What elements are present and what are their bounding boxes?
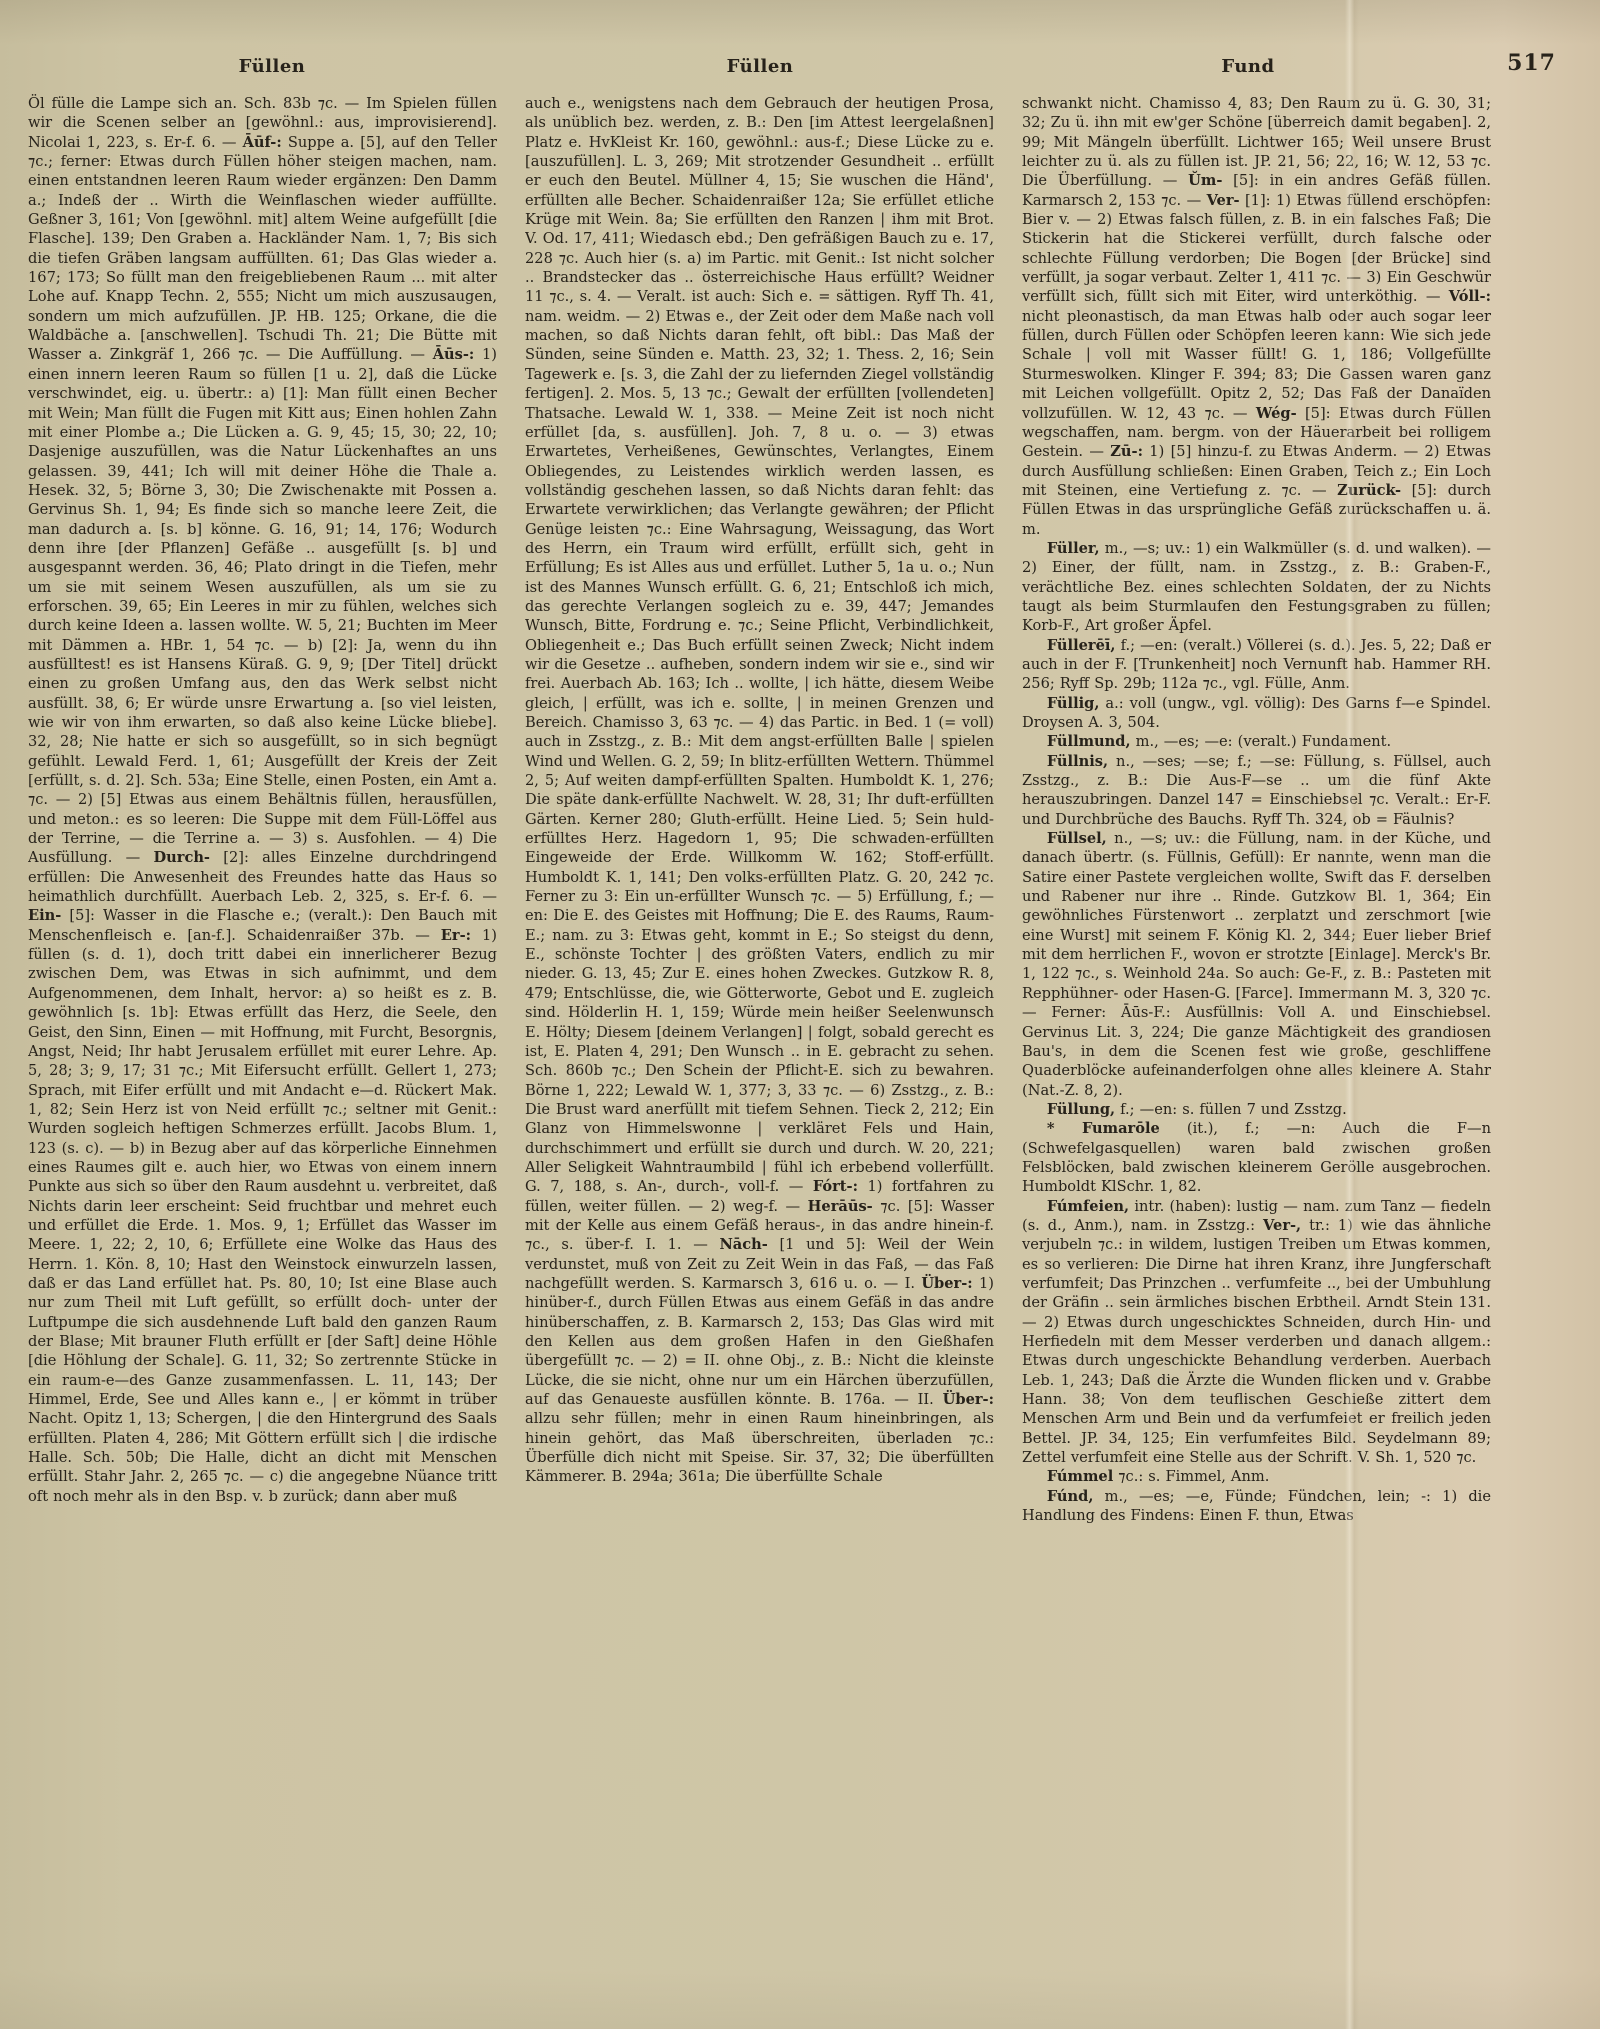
headword: * Fumarōle [1047,1120,1160,1137]
entry-text: auch e., wenigstens nach dem Gebrauch de… [525,95,994,1195]
headword: Zurück- [1337,482,1401,499]
entry-text: [5]: Wasser in die Flasche e.; (veralt.)… [28,907,497,943]
running-head-left: Füllen [28,56,516,77]
dictionary-paragraph: Füllmund, m., —es; —e: (veralt.) Fundame… [1022,732,1491,751]
headword: Fórt-: [813,1178,858,1195]
headword: Ein- [28,907,61,924]
headword: Āūs-: [433,346,475,363]
headword: Füllerēī, [1047,637,1116,654]
headword: Ver-, [1263,1217,1301,1234]
dictionary-paragraph: auch e., wenigstens nach dem Gebrauch de… [525,94,994,1487]
dictionary-paragraph: Fúnd, m., —es; —e, Fünde; Fündchen, lein… [1022,1487,1491,1526]
headword: Füller, [1047,540,1100,557]
headword: Fúmmel [1047,1468,1113,1485]
dictionary-paragraph: Füllerēī, f.; —en: (veralt.) Völlerei (s… [1022,636,1491,694]
headword: Ŭm- [1188,172,1222,189]
entry-text: tr.: 1) wie das ähnliche verjubeln ⁊c.: … [1022,1217,1491,1466]
headword: Nāch- [719,1236,767,1253]
dictionary-paragraph: Öl fülle die Lampe sich an. Sch. 83b ⁊c.… [28,94,497,1506]
entry-text: Suppe a. [5], auf den Teller ⁊c.; ferner… [28,134,497,364]
text-block: Öl fülle die Lampe sich an. Sch. 83b ⁊c.… [28,94,1492,1896]
headword: Fúnd, [1047,1488,1094,1505]
page-number: 517 [1507,50,1556,76]
headword: Füllung, [1047,1101,1115,1118]
dictionary-paragraph: Füller, m., —s; uv.: 1) ein Walkmüller (… [1022,539,1491,636]
headword: Herāūs- [808,1198,873,1215]
dictionary-paragraph: schwankt nicht. Chamisso 4, 83; Den Raum… [1022,94,1491,539]
entry-text: ⁊c.: s. Fimmel, Anm. [1113,1468,1269,1485]
text-column-1: Öl fülle die Lampe sich an. Sch. 83b ⁊c.… [28,94,497,1896]
entry-text: 1) hinüber-f., durch Füllen Etwas aus ei… [525,1275,994,1408]
headword: Füllnis, [1047,753,1108,770]
dictionary-paragraph: * Fumarōle (it.), f.; —n: Auch die F—n (… [1022,1119,1491,1196]
dictionary-paragraph: Fúmfeien, intr. (haben): lustig — nam. z… [1022,1197,1491,1468]
text-column-2: auch e., wenigstens nach dem Gebrauch de… [525,94,994,1896]
headword: Fúmfeien, [1047,1198,1129,1215]
entry-text: n., —s; uv.: die Füllung, nam. in der Kü… [1022,830,1491,1098]
dictionary-paragraph: Füllig, a.: voll (ungw., vgl. völlig): D… [1022,694,1491,733]
dictionary-paragraph: Füllnis, n., —ses; —se; f.; —se: Füllung… [1022,752,1491,829]
headword: Füllsel, [1047,830,1107,847]
headword: Über-: [943,1391,994,1408]
entry-text: 1) füllen (s. d. 1), doch tritt dabei ei… [28,927,497,1505]
headword: Wég- [1256,405,1297,422]
headword: Füllmund, [1047,733,1131,750]
dictionary-paragraph: Füllsel, n., —s; uv.: die Füllung, nam. … [1022,829,1491,1100]
dictionary-paragraph: Fúmmel ⁊c.: s. Fimmel, Anm. [1022,1467,1491,1486]
headword: Durch- [153,849,210,866]
entry-text: 1) einen innern leeren Raum so füllen [1… [28,346,497,866]
entry-text: m., —es; —e, Fünde; Fündchen, lein; -: 1… [1022,1488,1491,1524]
running-head: Füllen Füllen Fund [28,56,1492,77]
headword: Füllig, [1047,695,1100,712]
headword: Vóll-: [1449,288,1491,305]
running-head-center: Füllen [516,56,1004,77]
headword: Zū-: [1110,443,1143,460]
dictionary-paragraph: Füllung, f.; —en: s. füllen 7 und Zsstzg… [1022,1100,1491,1119]
headword: Über-: [921,1275,972,1292]
headword: Er-: [441,927,471,944]
running-head-right: Fund [1004,56,1492,77]
scanned-dictionary-page: Füllen Füllen Fund 517 Öl fülle die Lamp… [0,0,1600,2029]
headword: Ver- [1207,192,1240,209]
entry-text: f.; —en: s. füllen 7 und Zsstzg. [1115,1101,1347,1118]
entry-text: m., —es; —e: (veralt.) Fundament. [1131,733,1392,750]
text-column-3: schwankt nicht. Chamisso 4, 83; Den Raum… [1022,94,1491,1896]
entry-text: allzu sehr füllen; mehr in einen Raum hi… [525,1410,994,1485]
headword: Āūf-: [243,134,282,151]
